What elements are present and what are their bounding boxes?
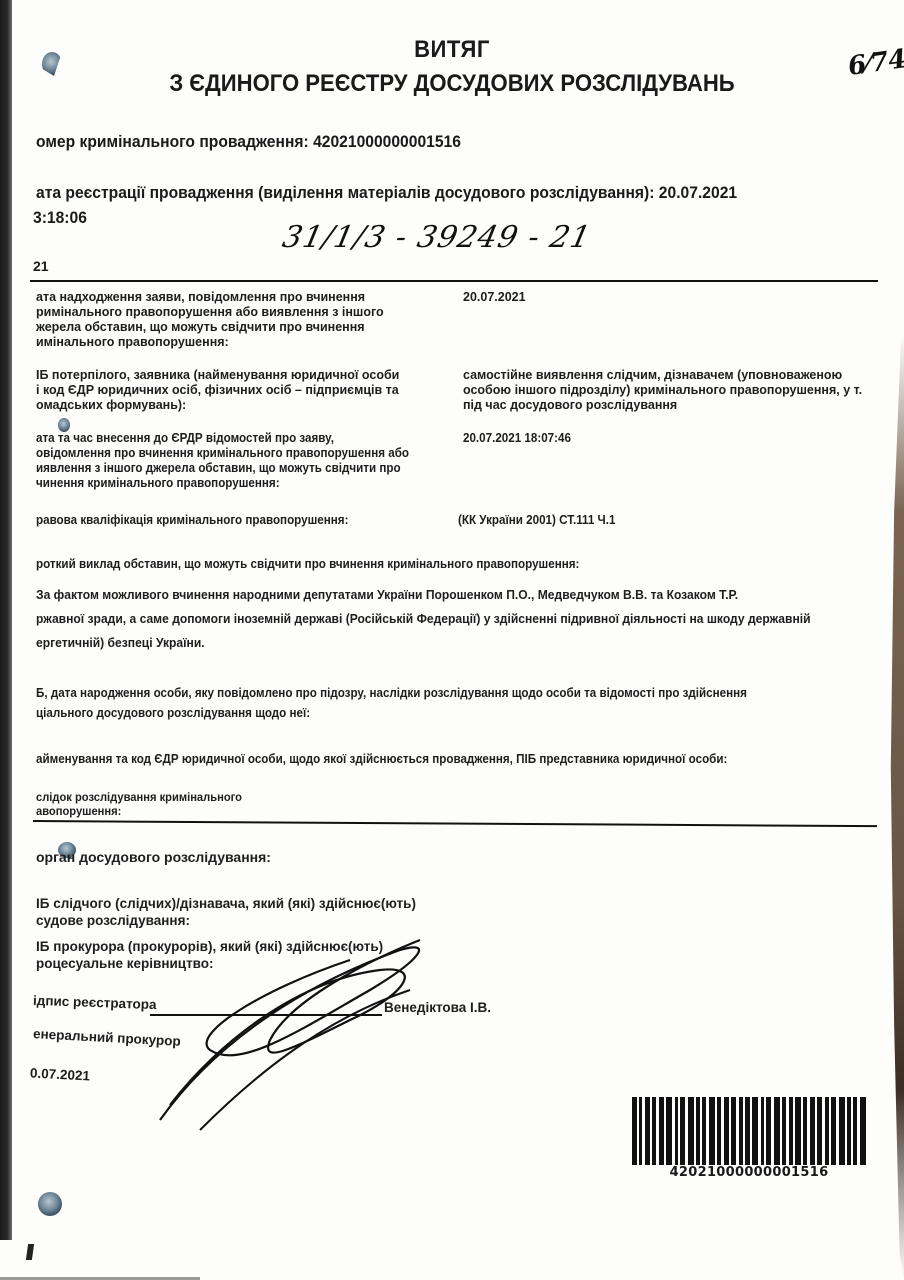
summary-text: За фактом можливого вчинення народними д… bbox=[36, 583, 892, 655]
field-label-qualification: равова кваліфікація кримінального правоп… bbox=[36, 513, 348, 528]
field-label-erdr-entry: ата та час внесення до ЄРДР відомостей п… bbox=[36, 431, 409, 491]
field-value-qualification: (КК України 2001) СТ.111 Ч.1 bbox=[458, 513, 615, 528]
hole-punch-icon bbox=[58, 418, 70, 432]
document-page: ВИТЯГ З ЄДИНОГО РЕЄСТРУ ДОСУДОВИХ РОЗСЛІ… bbox=[0, 0, 904, 1280]
registration-date-line: ата реєстрації провадження (виділення ма… bbox=[36, 183, 737, 203]
result-label: слідок розслідування кримінального авопо… bbox=[36, 790, 242, 818]
signature-date: 0.07.2021 bbox=[30, 1065, 91, 1083]
field-value-erdr-entry: 20.07.2021 18:07:46 bbox=[463, 431, 571, 446]
case-number-line: омер кримінального провадження: 42021000… bbox=[36, 132, 461, 152]
hole-punch-icon bbox=[38, 1192, 62, 1216]
field-value-victim: самостійне виявлення слідчим, дізнавачем… bbox=[463, 368, 862, 413]
investigator-label: ІБ слідчого (слідчих)/дізнавача, який (я… bbox=[36, 895, 416, 929]
document-subtitle: З ЄДИНОГО РЕЄСТРУ ДОСУДОВИХ РОЗСЛІДУВАНЬ bbox=[36, 70, 868, 98]
agency-label: орган досудового розслідування: bbox=[36, 850, 271, 865]
registrar-signature-label: ідпис реєстратора bbox=[33, 993, 157, 1012]
legal-entity-label: айменування та код ЄДР юридичної особи, … bbox=[36, 752, 727, 767]
registration-date-label: ата реєстрації провадження (виділення ма… bbox=[36, 183, 654, 202]
field-value-statement-date: 20.07.2021 bbox=[463, 290, 526, 305]
field-label-statement-date: ата надходження заяви, повідомлення про … bbox=[36, 290, 384, 350]
field-label-victim: ІБ потерпілого, заявника (найменування ю… bbox=[36, 368, 399, 413]
handwritten-registration-code: 31/1/3 - 39249 - 21 bbox=[279, 220, 594, 255]
document-title: ВИТЯГ bbox=[36, 36, 868, 64]
suspect-label: Б, дата народження особи, яку повідомлен… bbox=[36, 683, 747, 723]
year-fragment: 21 bbox=[33, 258, 49, 274]
barcode bbox=[632, 1097, 866, 1165]
handwritten-signature bbox=[150, 930, 440, 1130]
registration-time: 3:18:06 bbox=[33, 208, 87, 228]
registration-date: 20.07.2021 bbox=[659, 183, 737, 202]
page-edge-shadow bbox=[0, 0, 12, 1240]
barcode-number: 42021000000001516 bbox=[632, 1165, 866, 1180]
case-number-label: омер кримінального провадження: bbox=[36, 132, 309, 151]
summary-label: роткий виклад обставин, що можуть свідчи… bbox=[36, 557, 579, 572]
ink-mark bbox=[26, 1244, 34, 1260]
divider bbox=[30, 280, 878, 282]
case-number: 42021000000001516 bbox=[313, 132, 461, 151]
divider bbox=[33, 820, 877, 827]
